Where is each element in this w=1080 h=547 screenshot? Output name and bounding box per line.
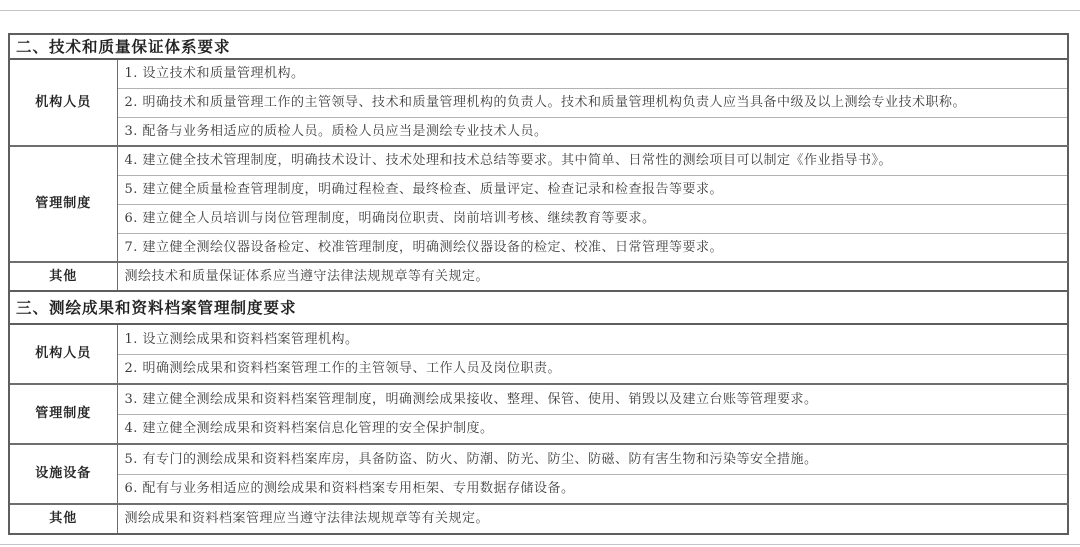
- group-label: 管理制度: [9, 384, 117, 444]
- group-label: 机构人员: [9, 59, 117, 146]
- table-row: 机构人员 1. 设立技术和质量管理机构。: [9, 59, 1068, 88]
- requirement-text: 1. 设立技术和质量管理机构。: [117, 59, 1068, 88]
- table-row: 6. 建立健全人员培训与岗位管理制度，明确岗位职责、岗前培训考核、继续教育等要求…: [9, 204, 1068, 233]
- requirements-table: 二、技术和质量保证体系要求 机构人员 1. 设立技术和质量管理机构。 2. 明确…: [8, 33, 1069, 535]
- group-label: 设施设备: [9, 444, 117, 504]
- requirement-text: 7. 建立健全测绘仪器设备检定、校准管理制度，明确测绘仪器设备的检定、校准、日常…: [117, 233, 1068, 262]
- table-row: 设施设备 5. 有专门的测绘成果和资料档案库房，具备防盗、防火、防潮、防光、防尘…: [9, 444, 1068, 474]
- document-page: { "colors": { "text": "#3c3c3c", "headin…: [0, 0, 1080, 547]
- requirement-text: 5. 建立健全质量检查管理制度，明确过程检查、最终检查、质量评定、检查记录和检查…: [117, 175, 1068, 204]
- section-header-row: 二、技术和质量保证体系要求: [9, 34, 1068, 59]
- requirement-text: 6. 建立健全人员培训与岗位管理制度，明确岗位职责、岗前培训考核、继续教育等要求…: [117, 204, 1068, 233]
- table-row: 4. 建立健全测绘成果和资料档案信息化管理的安全保护制度。: [9, 414, 1068, 444]
- table-row: 管理制度 3. 建立健全测绘成果和资料档案管理制度，明确测绘成果接收、整理、保管…: [9, 384, 1068, 414]
- section-title: 二、技术和质量保证体系要求: [9, 34, 1068, 59]
- table-row: 其他 测绘成果和资料档案管理应当遵守法律法规规章等有关规定。: [9, 504, 1068, 534]
- requirement-text: 测绘成果和资料档案管理应当遵守法律法规规章等有关规定。: [117, 504, 1068, 534]
- table-row: 7. 建立健全测绘仪器设备检定、校准管理制度，明确测绘仪器设备的检定、校准、日常…: [9, 233, 1068, 262]
- table-row: 2. 明确技术和质量管理工作的主管领导、技术和质量管理机构的负责人。技术和质量管…: [9, 88, 1068, 117]
- table-row: 管理制度 4. 建立健全技术管理制度，明确技术设计、技术处理和技术总结等要求。其…: [9, 146, 1068, 175]
- requirement-text: 3. 建立健全测绘成果和资料档案管理制度，明确测绘成果接收、整理、保管、使用、销…: [117, 384, 1068, 414]
- table-row: 其他 测绘技术和质量保证体系应当遵守法律法规规章等有关规定。: [9, 262, 1068, 291]
- requirement-text: 测绘技术和质量保证体系应当遵守法律法规规章等有关规定。: [117, 262, 1068, 291]
- requirement-text: 4. 建立健全测绘成果和资料档案信息化管理的安全保护制度。: [117, 414, 1068, 444]
- group-label: 管理制度: [9, 146, 117, 262]
- table-row: 2. 明确测绘成果和资料档案管理工作的主管领导、工作人员及岗位职责。: [9, 354, 1068, 384]
- table-row: 6. 配有与业务相适应的测绘成果和资料档案专用柜架、专用数据存储设备。: [9, 474, 1068, 504]
- page-edge-rule-bottom: [0, 544, 1080, 545]
- requirement-text: 6. 配有与业务相适应的测绘成果和资料档案专用柜架、专用数据存储设备。: [117, 474, 1068, 504]
- group-label: 机构人员: [9, 324, 117, 384]
- requirement-text: 2. 明确测绘成果和资料档案管理工作的主管领导、工作人员及岗位职责。: [117, 354, 1068, 384]
- section-header-row: 三、测绘成果和资料档案管理制度要求: [9, 291, 1068, 324]
- page-edge-rule-top: [0, 10, 1080, 11]
- table-row: 5. 建立健全质量检查管理制度，明确过程检查、最终检查、质量评定、检查记录和检查…: [9, 175, 1068, 204]
- requirement-text: 2. 明确技术和质量管理工作的主管领导、技术和质量管理机构的负责人。技术和质量管…: [117, 88, 1068, 117]
- requirement-text: 4. 建立健全技术管理制度，明确技术设计、技术处理和技术总结等要求。其中简单、日…: [117, 146, 1068, 175]
- group-label: 其他: [9, 262, 117, 291]
- table-row: 3. 配备与业务相适应的质检人员。质检人员应当是测绘专业技术人员。: [9, 117, 1068, 146]
- table-row: 机构人员 1. 设立测绘成果和资料档案管理机构。: [9, 324, 1068, 354]
- requirement-text: 5. 有专门的测绘成果和资料档案库房，具备防盗、防火、防潮、防光、防尘、防磁、防…: [117, 444, 1068, 474]
- requirement-text: 3. 配备与业务相适应的质检人员。质检人员应当是测绘专业技术人员。: [117, 117, 1068, 146]
- requirement-text: 1. 设立测绘成果和资料档案管理机构。: [117, 324, 1068, 354]
- section-title: 三、测绘成果和资料档案管理制度要求: [9, 291, 1068, 324]
- group-label: 其他: [9, 504, 117, 534]
